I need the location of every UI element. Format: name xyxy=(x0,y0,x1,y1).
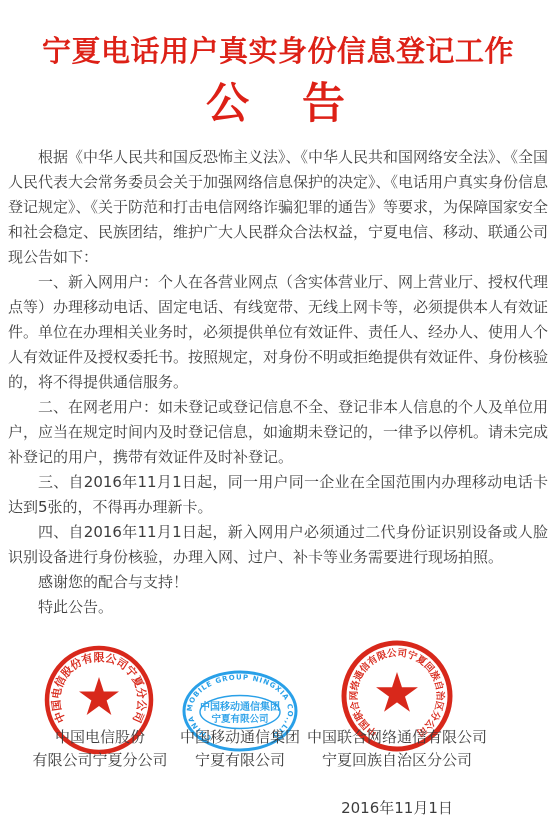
signer-china-unicom: 中国联合网络通信有限公司 宁夏回族自治区分公司 xyxy=(297,726,497,772)
signer-name-line: 中国联合网络通信有限公司 xyxy=(297,726,497,749)
star-icon xyxy=(376,672,418,712)
signer-name-line: 中国移动通信集团 xyxy=(160,726,320,749)
signer-name-line: 宁夏有限公司 xyxy=(160,749,320,772)
seal-cn-line1: 中国移动通信集团 xyxy=(200,700,280,713)
notice-date: 2016年11月1日 xyxy=(297,797,497,818)
signer-name-line: 宁夏回族自治区分公司 xyxy=(297,749,497,772)
signer-china-mobile: 中国移动通信集团 宁夏有限公司 xyxy=(160,726,320,772)
signature-section: 中国电信股份有限公司宁夏分公司 CHINA MOBILE GROUP NINGX… xyxy=(0,0,556,829)
seal-cn-line2: 宁夏有限公司 xyxy=(211,713,268,725)
notice-page: 宁夏电话用户真实身份信息登记工作 公 告 根据《中华人民共和国反恐怖主义法》、《… xyxy=(0,0,556,829)
star-icon xyxy=(79,677,119,715)
